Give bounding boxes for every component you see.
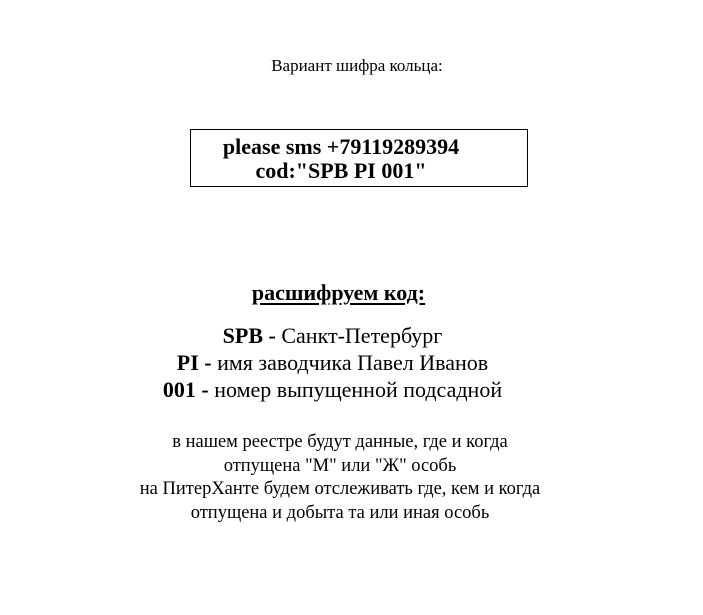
info-line: отпущена "М" или "Ж" особь	[0, 455, 680, 479]
decode-code: 001	[163, 377, 196, 402]
decode-separator: -	[199, 350, 217, 375]
code-box-sms-line: please sms +79119289394	[191, 135, 491, 159]
page-title: Вариант шифра кольца:	[0, 56, 703, 76]
decode-separator: -	[263, 323, 281, 348]
decode-meaning: номер выпущенной подсадной	[214, 377, 502, 402]
decode-meaning: Санкт-Петербург	[281, 323, 442, 348]
decode-meaning: имя заводчика Павел Иванов	[217, 350, 488, 375]
decode-separator: -	[196, 377, 214, 402]
decode-row-region: SPB - Санкт-Петербург	[0, 322, 665, 349]
decode-list: SPB - Санкт-Петербург PI - имя заводчика…	[0, 322, 665, 403]
info-paragraph: в нашем реестре будут данные, где и когд…	[0, 431, 680, 526]
code-box-code-line: cod:"SPB PI 001"	[191, 159, 491, 183]
info-line: отпущена и добыта та или иная особь	[0, 502, 680, 526]
decode-code: SPB	[223, 323, 263, 348]
decode-heading: расшифруем код:	[0, 280, 677, 306]
decode-row-number: 001 - номер выпущенной подсадной	[0, 376, 665, 403]
decode-row-breeder: PI - имя заводчика Павел Иванов	[0, 349, 665, 376]
info-line: в нашем реестре будут данные, где и когд…	[0, 431, 680, 455]
code-box: please sms +79119289394 cod:"SPB PI 001"	[190, 129, 528, 187]
info-line: на ПитерХанте будем отслеживать где, кем…	[0, 478, 680, 502]
decode-code: PI	[177, 350, 199, 375]
